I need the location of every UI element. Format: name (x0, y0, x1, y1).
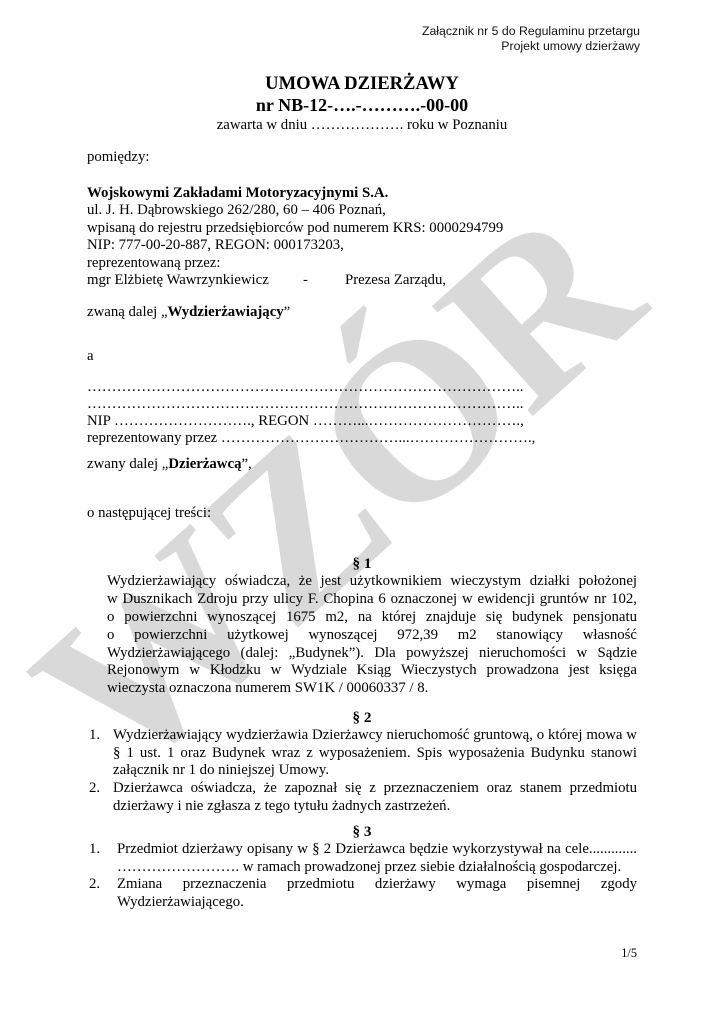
paragraph-line: § 1 ust. 1 oraz Budynek wraz z wyposażen… (113, 745, 637, 763)
lessor-alias-line: zwaną dalej „Wydzierżawiający” (87, 304, 637, 322)
title-block: UMOWA DZIERŻAWY nr NB-12-….-……….-00-00 z… (87, 72, 637, 135)
represented-by-label: reprezentowaną przez: (87, 255, 637, 273)
lessee-nip-regon-line: NIP ………………………., REGON ………...…………………………., (87, 413, 637, 430)
lessee-blank-line: …………………………………………………………………………….. (87, 396, 637, 413)
paragraph-line: Wydzierżawiający oświadcza, że jest użyt… (107, 573, 637, 591)
content-intro: o następującej treści: (87, 505, 637, 523)
lessee-alias-suffix: ”, (241, 456, 251, 472)
representative-dash: - (303, 272, 345, 290)
paragraph-line: w Dusznikach Zdroju przy ulicy F. Chopin… (107, 591, 637, 609)
lessee-represented-line: reprezentowany przez ………………………………...…………… (87, 430, 637, 447)
paragraph-line: Przedmiot dzierżawy opisany w § 2 Dzierż… (117, 841, 637, 859)
lessor-block: Wojskowymi Zakładami Motoryzacyjnymi S.A… (87, 185, 637, 290)
lessor-alias: Wydzierżawiający (168, 304, 284, 320)
item-number: 1. (89, 841, 100, 859)
paragraph-line: o powierzchni wynoszącej 1675 m2, na któ… (107, 609, 637, 627)
paragraph-line: Wydzierżawiającego. (117, 894, 637, 912)
lessor-tax-ids: NIP: 777-00-20-887, REGON: 000173203, (87, 237, 637, 255)
representative-name: mgr Elżbietę Wawrzynkiewicz (87, 272, 303, 290)
section-2-list: 1. Wydzierżawiający wydzierżawia Dzierża… (87, 727, 637, 816)
lessor-alias-suffix: ” (284, 304, 291, 320)
paragraph-line: Dzierżawca oświadcza, że zapoznał się z … (113, 780, 637, 798)
section-1-paragraph: Wydzierżawiający oświadcza, że jest użyt… (107, 573, 637, 698)
document-body: UMOWA DZIERŻAWY nr NB-12-….-……….-00-00 z… (87, 0, 637, 912)
paragraph-line: ……………………. w ramach prowadzonej przez sie… (117, 859, 637, 877)
representative-title: Prezesa Zarządu, (345, 272, 446, 290)
page-number: 1/5 (621, 946, 637, 961)
item-number: 1. (89, 727, 100, 745)
lessee-alias-line: zwany dalej „Dzierżawcą”, (87, 456, 637, 474)
item-number: 2. (89, 876, 100, 894)
item-number: 2. (89, 780, 100, 798)
document-title: UMOWA DZIERŻAWY (87, 72, 637, 95)
lessee-blank-line: …………………………………………………………………………….. (87, 379, 637, 396)
paragraph-line: wieczysta oznaczona numerem SW1K / 00060… (107, 680, 637, 698)
document-page: WZÓR Załącznik nr 5 do Regulaminu przeta… (0, 0, 724, 1024)
contract-number: nr NB-12-….-……….-00-00 (87, 95, 637, 116)
section-3-heading: § 3 (87, 823, 637, 841)
paragraph-line: Wydzierżawiający wydzierżawia Dzierżawcy… (113, 727, 637, 745)
between-label: pomiędzy: (87, 149, 637, 167)
paragraph-line: o powierzchni użytkowej wynoszącej 972,3… (107, 627, 637, 645)
section-2-heading: § 2 (87, 709, 637, 727)
lessee-alias: Dzierżawcą (168, 456, 241, 472)
list-item: 2. Zmiana przeznaczenia przedmiotu dzier… (87, 876, 637, 912)
list-item: 2. Dzierżawca oświadcza, że zapoznał się… (87, 780, 637, 816)
lessor-address: ul. J. H. Dąbrowskiego 262/280, 60 – 406… (87, 202, 637, 220)
paragraph-line: Zmiana przeznaczenia przedmiotu dzierżaw… (117, 876, 637, 894)
lessor-alias-prefix: zwaną dalej „ (87, 304, 168, 320)
paragraph-line: załącznik nr 1 do niniejszej Umowy. (113, 762, 637, 780)
paragraph-line: Wydzierżawiającego (dalej: „Budynek”). D… (107, 645, 637, 663)
representative-row: mgr Elżbietę Wawrzynkiewicz-Prezesa Zarz… (87, 272, 637, 290)
and-label: a (87, 348, 637, 366)
list-item: 1. Wydzierżawiający wydzierżawia Dzierża… (87, 727, 637, 780)
conclusion-line: zawarta w dniu ………………. roku w Poznaniu (87, 116, 637, 135)
lessor-register: wpisaną do rejestru przedsiębiorców pod … (87, 220, 637, 238)
lessee-block: …………………………………………………………………………….. ……………………… (87, 379, 637, 448)
paragraph-line: dzierżawy i nie zgłasza z tego tytułu ża… (113, 798, 637, 816)
lessee-alias-prefix: zwany dalej „ (87, 456, 168, 472)
list-item: 1. Przedmiot dzierżawy opisany w § 2 Dzi… (87, 841, 637, 877)
paragraph-line: Rejonowym w Kłodzku w Wydziale Ksiąg Wie… (107, 662, 637, 680)
section-1-heading: § 1 (87, 555, 637, 573)
section-3-list: 1. Przedmiot dzierżawy opisany w § 2 Dzi… (87, 841, 637, 912)
lessor-name: Wojskowymi Zakładami Motoryzacyjnymi S.A… (87, 185, 637, 203)
